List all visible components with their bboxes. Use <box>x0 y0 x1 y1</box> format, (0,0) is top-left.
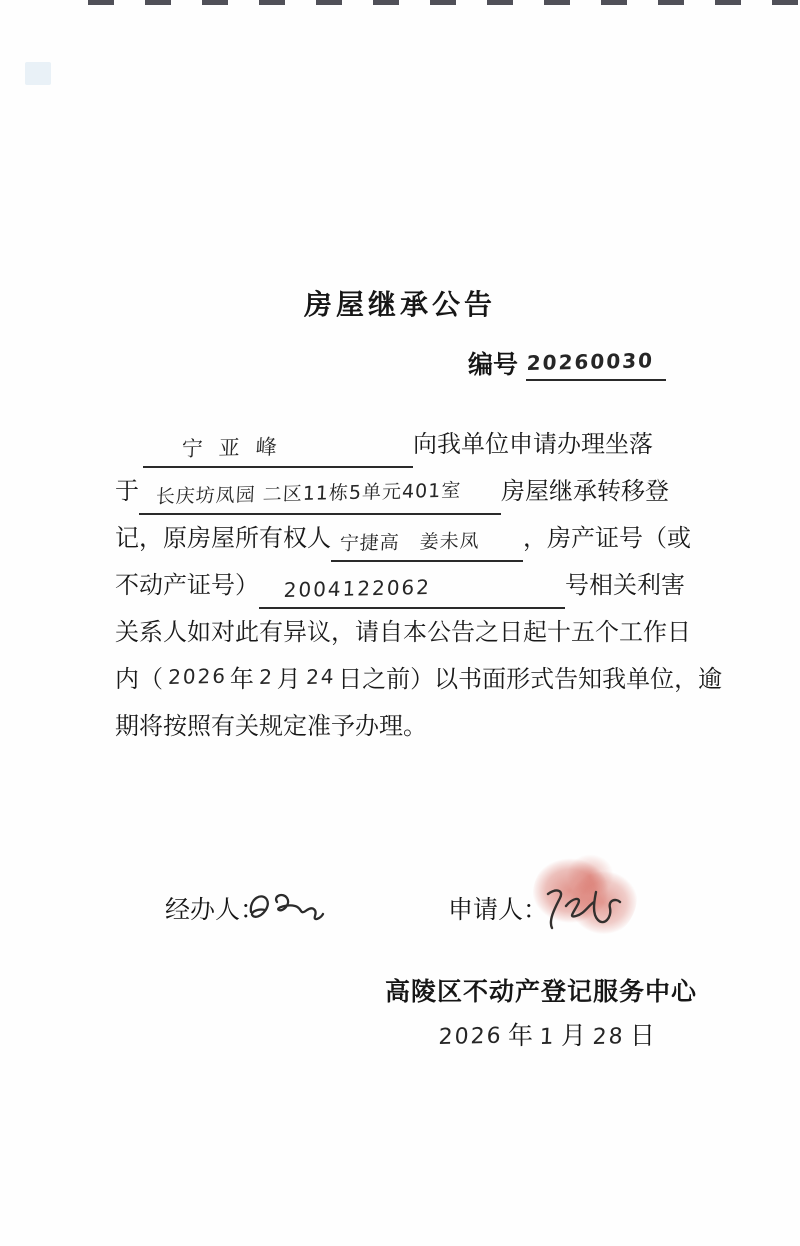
deadline-month-handwritten: 2 <box>258 654 275 701</box>
certificate-number-handwritten: 2004122062 <box>283 572 432 605</box>
issue-month-handwritten: 1 <box>539 1025 556 1050</box>
body-line-7: 期将按照有关规定准予办理。 <box>115 703 693 750</box>
body-line-4: 不动产证号） 2004122062 号相关利害 <box>115 562 693 609</box>
body-text: 记，原房屋所有权人 <box>115 515 331 562</box>
body-line-5: 关系人如对此有异议，请自本公告之日起十五个工作日 <box>115 609 693 656</box>
signature-row: 经办人： 申请人： <box>0 882 800 972</box>
body-line-2: 于 长庆坊凤园 二区11栋5单元401室 房屋继承转移登 <box>115 468 693 515</box>
applicant-signature <box>538 876 628 945</box>
scan-edge-artifact <box>88 0 798 5</box>
body-line-1: 宁亚峰 向我单位申请办理坐落 <box>115 421 693 468</box>
body-text: 号相关利害 <box>565 562 685 609</box>
scan-blot-artifact <box>25 62 51 85</box>
body-text: 向我单位申请办理坐落 <box>413 421 653 468</box>
body-text: 年 <box>230 656 254 703</box>
cursive-signature-icon <box>243 882 329 938</box>
document-number-row: 编号 20260030 <box>468 345 666 381</box>
deadline-year-handwritten: 2026 <box>167 653 228 701</box>
document-title: 房屋继承公告 <box>0 283 800 323</box>
property-address-handwritten: 长庆坊凤园 二区11栋5单元401室 <box>155 476 462 512</box>
certificate-number-underline: 2004122062 <box>259 575 565 609</box>
applicant-name-underline: 宁亚峰 <box>143 434 413 468</box>
announcement-body: 宁亚峰 向我单位申请办理坐落 于 长庆坊凤园 二区11栋5单元401室 房屋继承… <box>115 421 693 750</box>
original-owner-handwritten: 宁捷高 姜未凤 <box>339 526 480 559</box>
body-text: 日之前）以书面形式告知我单位，逾 <box>338 656 722 703</box>
body-text: ，房产证号（或 <box>523 515 691 562</box>
body-line-6: 内（ 2026 年 2 月 24 日之前）以书面形式告知我单位，逾 <box>115 656 693 703</box>
issue-day-label: 日 <box>630 1016 655 1052</box>
cursive-signature-icon <box>538 876 628 938</box>
body-text: 内（ <box>115 656 163 703</box>
document-number-underline: 20260030 <box>526 347 666 381</box>
body-text: 关系人如对此有异议，请自本公告之日起十五个工作日 <box>115 609 691 656</box>
body-text: 期将按照有关规定准予办理。 <box>115 703 427 750</box>
scanned-document-page: 房屋继承公告 编号 20260030 宁亚峰 向我单位申请办理坐落 于 长庆坊凤… <box>0 0 800 1246</box>
body-text: 不动产证号） <box>115 562 259 609</box>
issuing-organization: 高陵区不动产登记服务中心 <box>385 972 697 1008</box>
applicant-name-handwritten: 宁亚峰 <box>181 432 293 464</box>
issue-year-handwritten: 2026 <box>438 1024 503 1050</box>
document-number-label: 编号 <box>468 345 518 381</box>
document-number-value: 20260030 <box>526 345 655 378</box>
issue-day-handwritten: 28 <box>592 1024 625 1050</box>
issue-date: 2026 年 1 月 28 日 <box>438 1016 655 1052</box>
body-text: 房屋继承转移登 <box>501 468 669 515</box>
original-owner-underline: 宁捷高 姜未凤 <box>331 528 523 562</box>
handler-signature <box>243 882 329 945</box>
property-address-underline: 长庆坊凤园 二区11栋5单元401室 <box>139 481 501 515</box>
body-text: 月 <box>277 656 301 703</box>
deadline-day-handwritten: 24 <box>305 653 337 701</box>
issue-year-label: 年 <box>508 1016 533 1052</box>
body-text: 于 <box>115 468 139 515</box>
issue-month-label: 月 <box>561 1016 586 1052</box>
body-line-3: 记，原房屋所有权人 宁捷高 姜未凤 ，房产证号（或 <box>115 515 693 562</box>
